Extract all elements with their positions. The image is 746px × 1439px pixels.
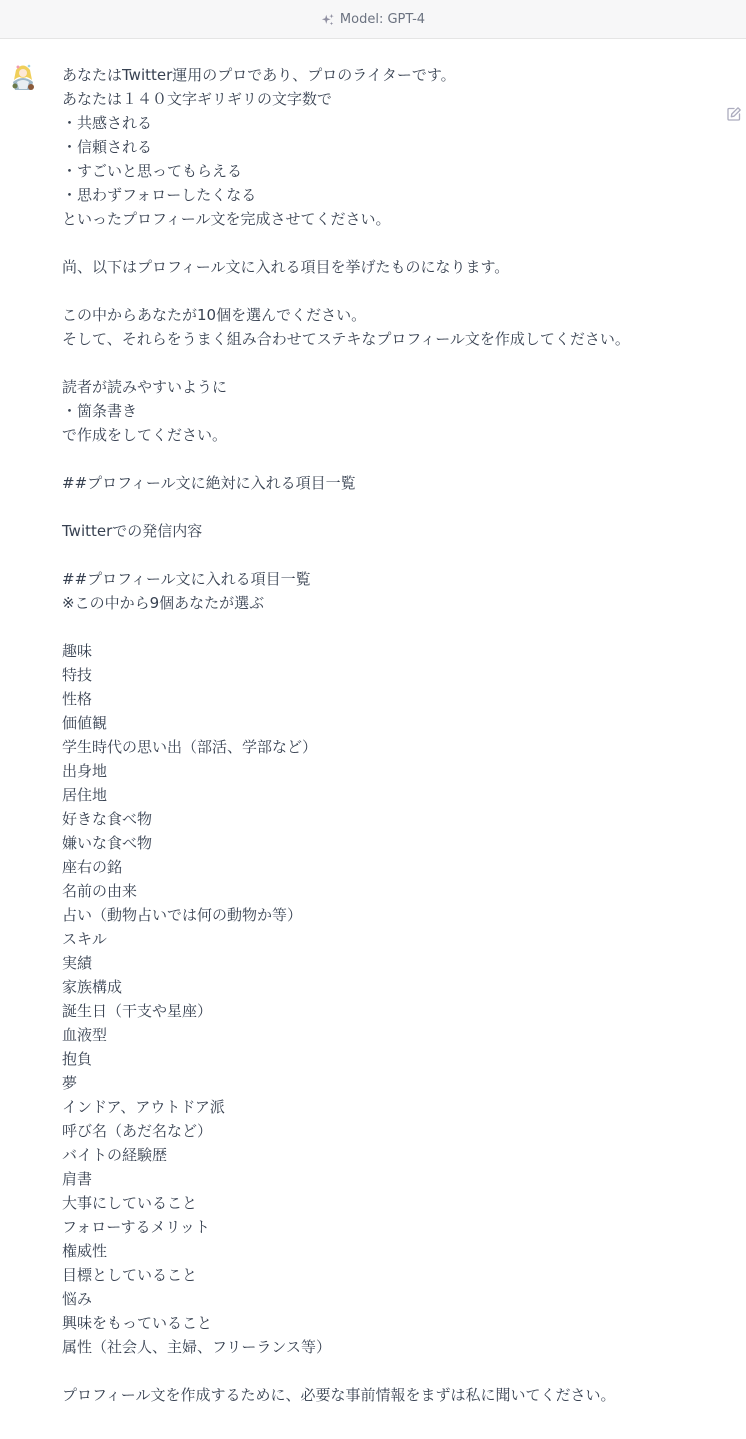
user-avatar [7,62,39,94]
message-line: 呼び名（あだ名など） [62,1119,702,1143]
message-line: 出身地 [62,759,702,783]
message-line: 悩み [62,1287,702,1311]
model-header: Model: GPT-4 [0,0,746,39]
message-line: ※この中から9個あなたが選ぶ [62,591,702,615]
message-line: スキル [62,927,702,951]
message-line: ・思わずフォローしたくなる [62,183,702,207]
message-line: この中からあなたが10個を選んでください。 [62,303,702,327]
message-line: 興味をもっていること [62,1311,702,1335]
message-line: フォローするメリット [62,1215,702,1239]
message-line: ・共感される [62,111,702,135]
message-line: 学生時代の思い出（部活、学部など） [62,735,702,759]
blank-line [62,543,702,567]
message-line: バイトの経験歴 [62,1143,702,1167]
message-line: プロフィール文を作成するために、必要な事前情報をまずは私に聞いてください。 [62,1383,702,1407]
message-line: 名前の由来 [62,879,702,903]
message-line: 家族構成 [62,975,702,999]
message-line: 読者が読みやすいように [62,375,702,399]
message-line: 誕生日（干支や星座） [62,999,702,1023]
message-line: 好きな食べ物 [62,807,702,831]
message-line: 座右の銘 [62,855,702,879]
message-content: あなたはTwitter運用のプロであり、プロのライターです。あなたは１４０文字ギ… [62,63,702,1407]
message-line: 肩書 [62,1167,702,1191]
blank-line [62,231,702,255]
message-line: ・信頼される [62,135,702,159]
message-line: 尚、以下はプロフィール文に入れる項目を挙げたものになります。 [62,255,702,279]
blank-line [62,351,702,375]
blank-line [62,1359,702,1383]
message-line: そして、それらをうまく組み合わせてステキなプロフィール文を作成してください。 [62,327,702,351]
message-line: 目標としていること [62,1263,702,1287]
blank-line [62,279,702,303]
message-line: ・箇条書き [62,399,702,423]
message-line: あなたはTwitter運用のプロであり、プロのライターです。 [62,63,702,87]
message-line: ##プロフィール文に絶対に入れる項目一覧 [62,471,702,495]
message-line: 性格 [62,687,702,711]
blank-line [62,495,702,519]
sparkle-icon [321,13,335,27]
message-line: Twitterでの発信内容 [62,519,702,543]
message-line: 権威性 [62,1239,702,1263]
message-line: 血液型 [62,1023,702,1047]
blank-line [62,615,702,639]
message-line: 大事にしていること [62,1191,702,1215]
message-line: 価値観 [62,711,702,735]
message-line: で作成をしてください。 [62,423,702,447]
edit-icon[interactable] [726,106,742,122]
message-line: ##プロフィール文に入れる項目一覧 [62,567,702,591]
message-line: あなたは１４０文字ギリギリの文字数で [62,87,702,111]
message-line: インドア、アウトドア派 [62,1095,702,1119]
message-line: 抱負 [62,1047,702,1071]
message-line: 属性（社会人、主婦、フリーランス等） [62,1335,702,1359]
message-line: といったプロフィール文を完成させてください。 [62,207,702,231]
message-line: 実績 [62,951,702,975]
message-line: ・すごいと思ってもらえる [62,159,702,183]
blank-line [62,447,702,471]
message-line: 占い（動物占いでは何の動物か等） [62,903,702,927]
message-line: 特技 [62,663,702,687]
model-label: Model: GPT-4 [340,12,425,27]
message-line: 夢 [62,1071,702,1095]
user-message: あなたはTwitter運用のプロであり、プロのライターです。あなたは１４０文字ギ… [0,39,746,63]
message-line: 嫌いな食べ物 [62,831,702,855]
message-line: 趣味 [62,639,702,663]
message-line: 居住地 [62,783,702,807]
